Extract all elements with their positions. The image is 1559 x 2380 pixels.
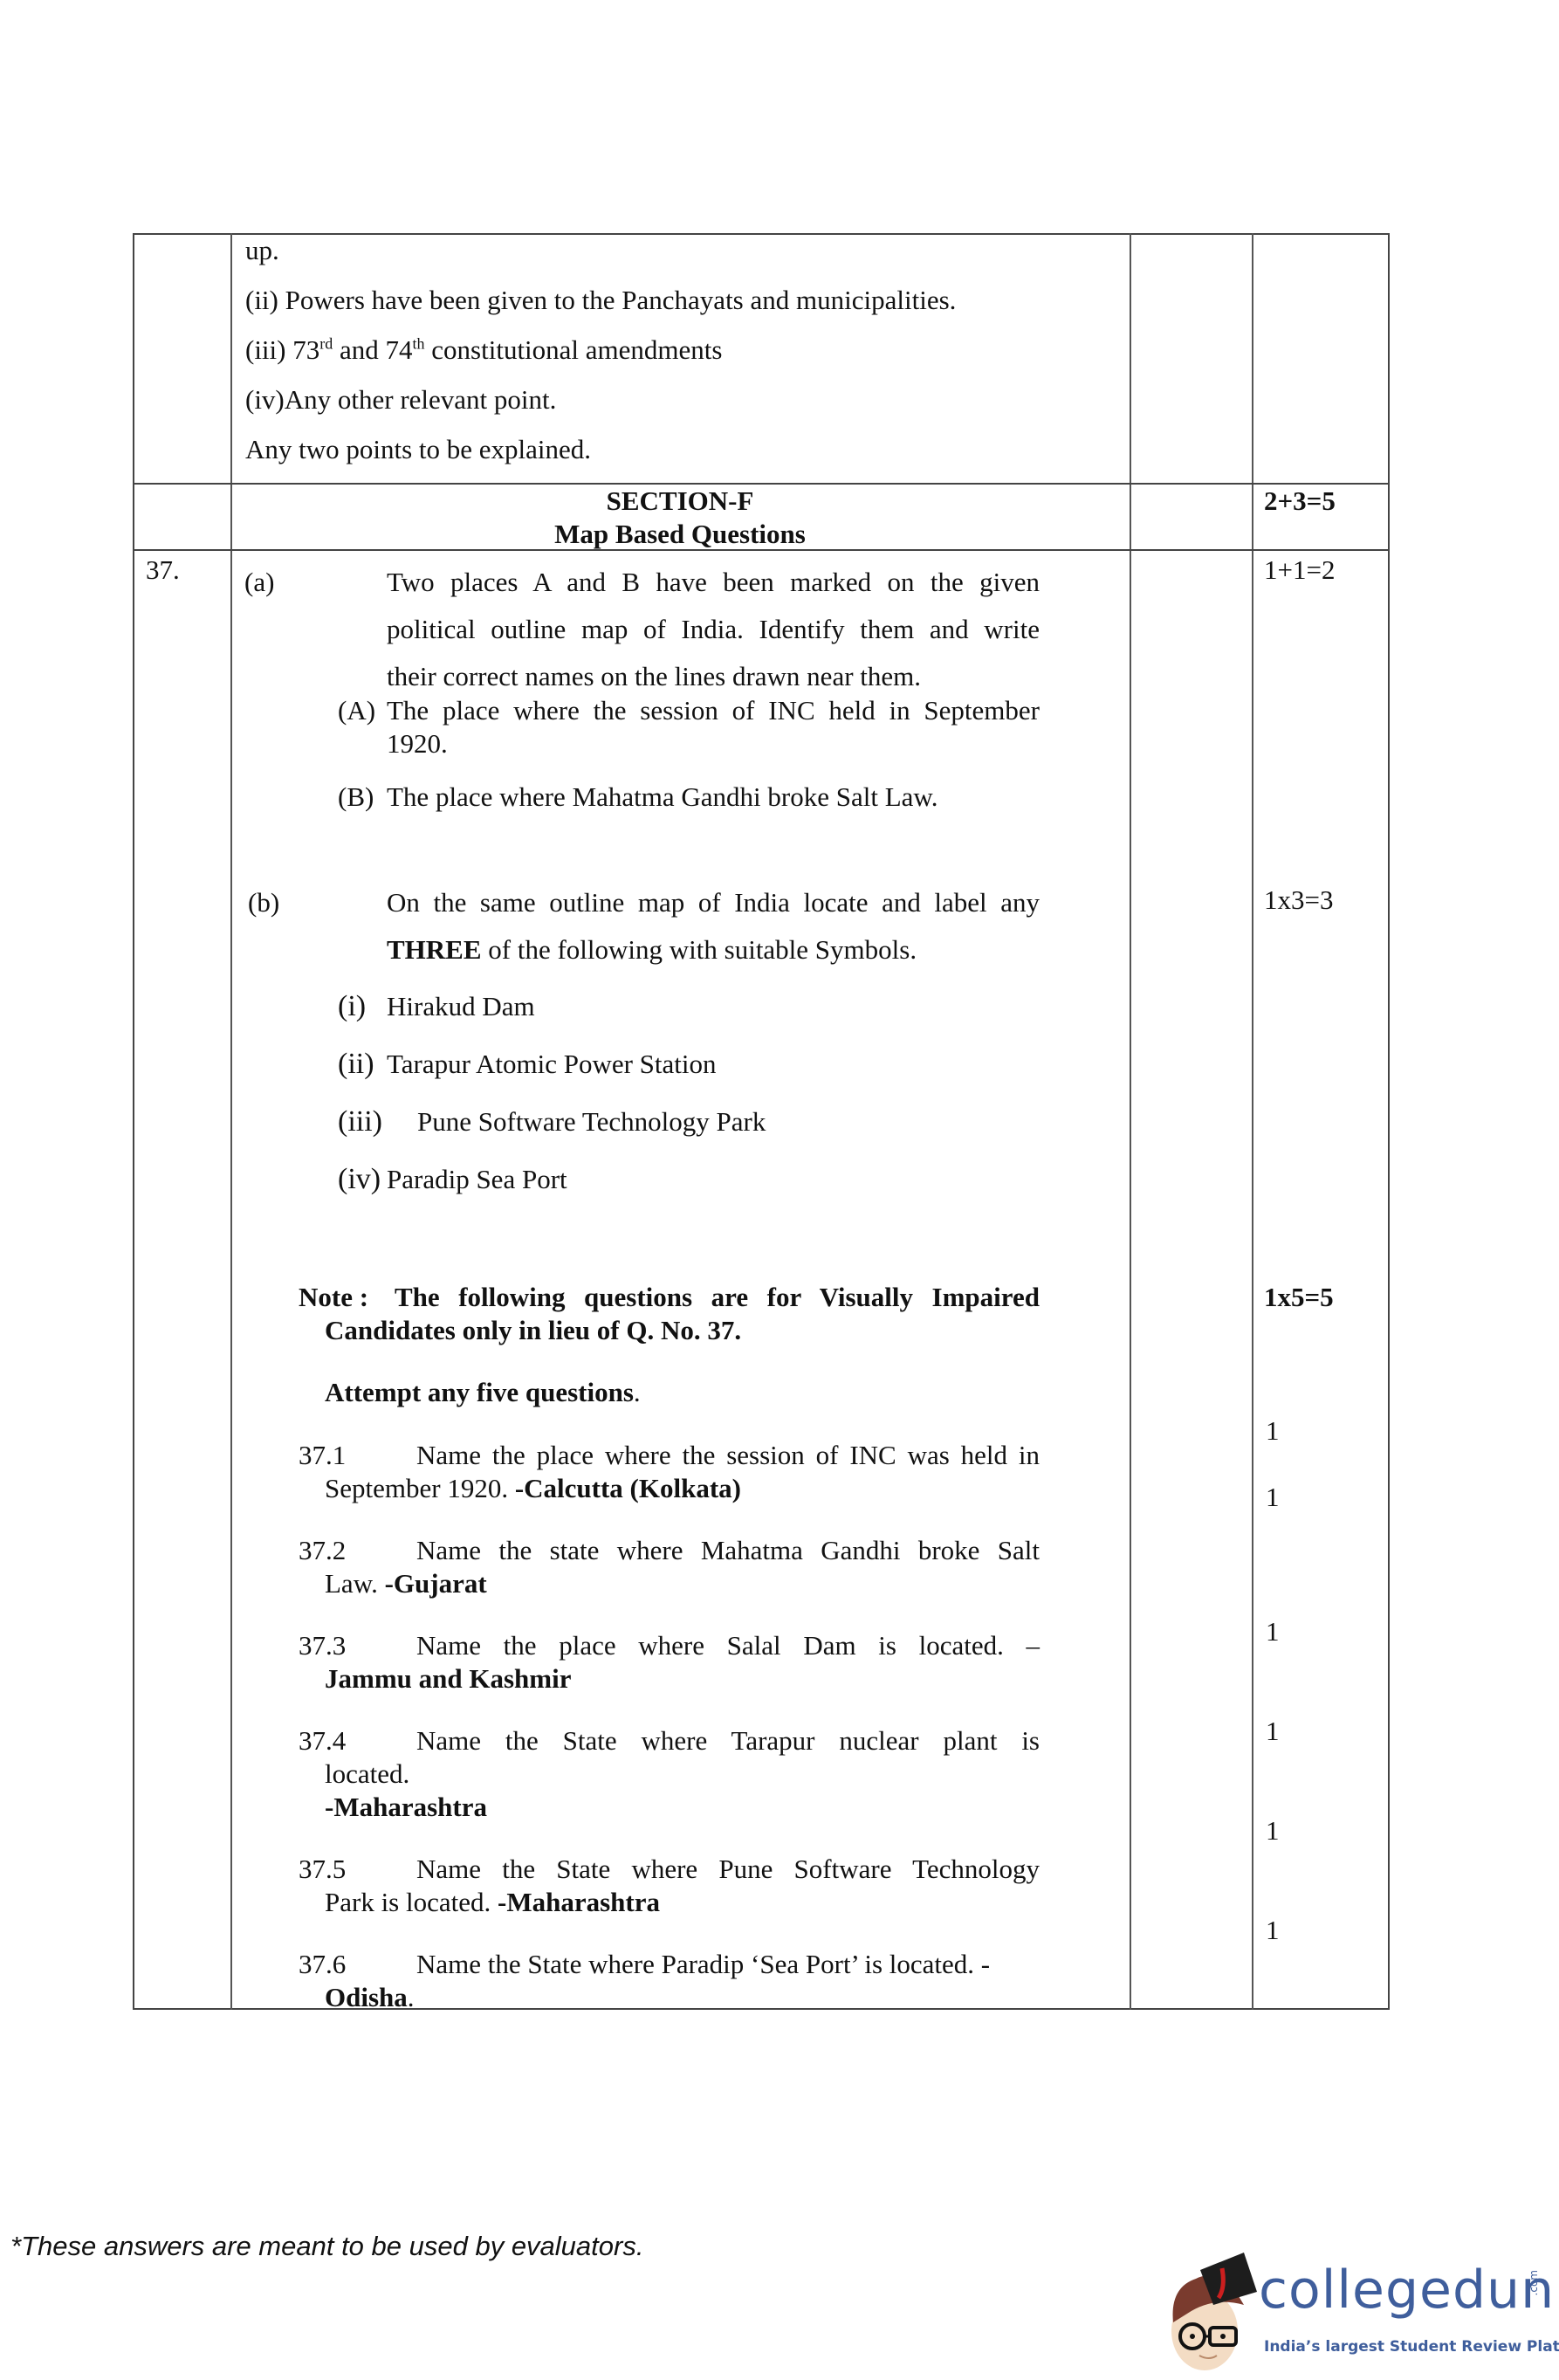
part-a-text: political outline map of India. Identify… — [387, 613, 1040, 646]
note-text: Candidates only in lieu of Q. No. 37. — [325, 1314, 741, 1347]
vi-question-number: 37.2 — [299, 1534, 346, 1567]
question-number: 37. — [146, 554, 180, 587]
vi-question-text: Law. -Gujarat — [325, 1567, 487, 1600]
part-b-item-label: (iv) — [338, 1163, 381, 1196]
section-marks: 2+3=5 — [1264, 485, 1336, 518]
vi-question-text: Name the State where Tarapur nuclear pla… — [416, 1724, 1040, 1757]
part-a-item-text: The place where the session of INC held … — [387, 694, 1040, 727]
vi-question-text: Name the place where the session of INC … — [416, 1439, 1040, 1472]
part-b-text: THREE of the following with suitable Sym… — [387, 933, 917, 966]
mascot-icon — [1161, 2253, 1257, 2375]
vi-question-text: Name the place where Salal Dam is locate… — [416, 1629, 1040, 1662]
note-text: The following questions are for Visually… — [395, 1281, 1040, 1314]
part-b-text: On the same outline map of India locate … — [387, 886, 1040, 919]
vi-question-number: 37.1 — [299, 1439, 346, 1472]
section-subtitle: Map Based Questions — [230, 518, 1130, 551]
attempt-instruction: Attempt any five questions. — [325, 1376, 641, 1409]
brand-name: collegedunia — [1259, 2260, 1559, 2321]
continuation-line: (ii) Powers have been given to the Panch… — [245, 284, 956, 317]
evaluator-note: *These answers are meant to be used by e… — [10, 2231, 643, 2262]
vi-mark: 1 — [1266, 1814, 1280, 1847]
part-a-label: (a) — [244, 566, 274, 599]
part-a-item-text: The place where Mahatma Gandhi broke Sal… — [387, 781, 938, 814]
part-b-item-label: (iii) — [338, 1105, 382, 1138]
part-a-item-text: 1920. — [387, 727, 448, 760]
brand-tagline: India’s largest Student Review Platform — [1264, 2338, 1559, 2356]
vi-question-text: Name the State where Paradip ‘Sea Port’ … — [416, 1948, 990, 1981]
part-a-text: Two places A and B have been marked on t… — [387, 566, 1040, 599]
vi-question-text: Park is located. -Maharashtra — [325, 1886, 660, 1919]
continuation-line: Any two points to be explained. — [245, 433, 591, 466]
vi-answer: -Calcutta (Kolkata) — [515, 1473, 741, 1503]
part-b-item-text: Paradip Sea Port — [387, 1163, 567, 1196]
vi-mark: 1 — [1266, 1715, 1280, 1748]
vi-mark: 1 — [1266, 1914, 1280, 1947]
part-a-item-label: (B) — [338, 781, 374, 814]
part-b-marks: 1x3=3 — [1264, 884, 1333, 917]
vi-answer: -Gujarat — [385, 1568, 487, 1599]
continuation-line: up. — [245, 234, 279, 267]
vi-question-number: 37.6 — [299, 1948, 346, 1981]
part-b-item-text: Pune Software Technology Park — [417, 1105, 766, 1138]
part-a-item-label: (A) — [338, 694, 375, 727]
vi-question-text: September 1920. -Calcutta (Kolkata) — [325, 1472, 741, 1505]
part-b-item-text: Hirakud Dam — [387, 990, 535, 1023]
vi-answer-line: Odisha. — [325, 1981, 415, 2014]
section-title: SECTION-F — [230, 485, 1130, 518]
vi-question-text: Name the State where Pune Software Techn… — [416, 1853, 1040, 1886]
note-label: Note : — [299, 1281, 368, 1314]
column-divider — [1130, 233, 1131, 2010]
part-b-label: (b) — [248, 886, 279, 919]
vi-answer: -Maharashtra — [498, 1887, 660, 1917]
column-divider — [1252, 233, 1253, 2010]
part-b-item-label: (i) — [338, 990, 366, 1023]
vi-question-number: 37.4 — [299, 1724, 346, 1757]
vi-question-text: Name the state where Mahatma Gandhi brok… — [416, 1534, 1040, 1567]
vi-question-number: 37.5 — [299, 1853, 346, 1886]
vi-answer: -Maharashtra — [325, 1791, 487, 1824]
vi-mark: 1 — [1266, 1615, 1280, 1648]
vi-mark: 1 — [1266, 1414, 1280, 1448]
vi-answer: Jammu and Kashmir — [325, 1662, 571, 1696]
answer-key-page: up. (ii) Powers have been given to the P… — [0, 0, 1559, 2380]
part-b-item-label: (ii) — [338, 1048, 374, 1081]
brand-domain: .com — [1528, 2270, 1540, 2295]
vi-mark: 1 — [1266, 1481, 1280, 1514]
note-marks: 1x5=5 — [1264, 1281, 1334, 1314]
continuation-line: (iv)Any other relevant point. — [245, 383, 556, 416]
part-a-text: their correct names on the lines drawn n… — [387, 660, 921, 693]
vi-question-text: located. — [325, 1757, 409, 1791]
vi-answer: Odisha — [325, 1982, 408, 2012]
vi-question-number: 37.3 — [299, 1629, 346, 1662]
part-a-marks: 1+1=2 — [1264, 554, 1335, 587]
part-b-item-text: Tarapur Atomic Power Station — [387, 1048, 717, 1081]
continuation-line: (iii) 73rd and 74th constitutional amend… — [245, 334, 722, 367]
collegedunia-logo: collegedunia .com India’s largest Studen… — [1161, 2253, 1559, 2375]
